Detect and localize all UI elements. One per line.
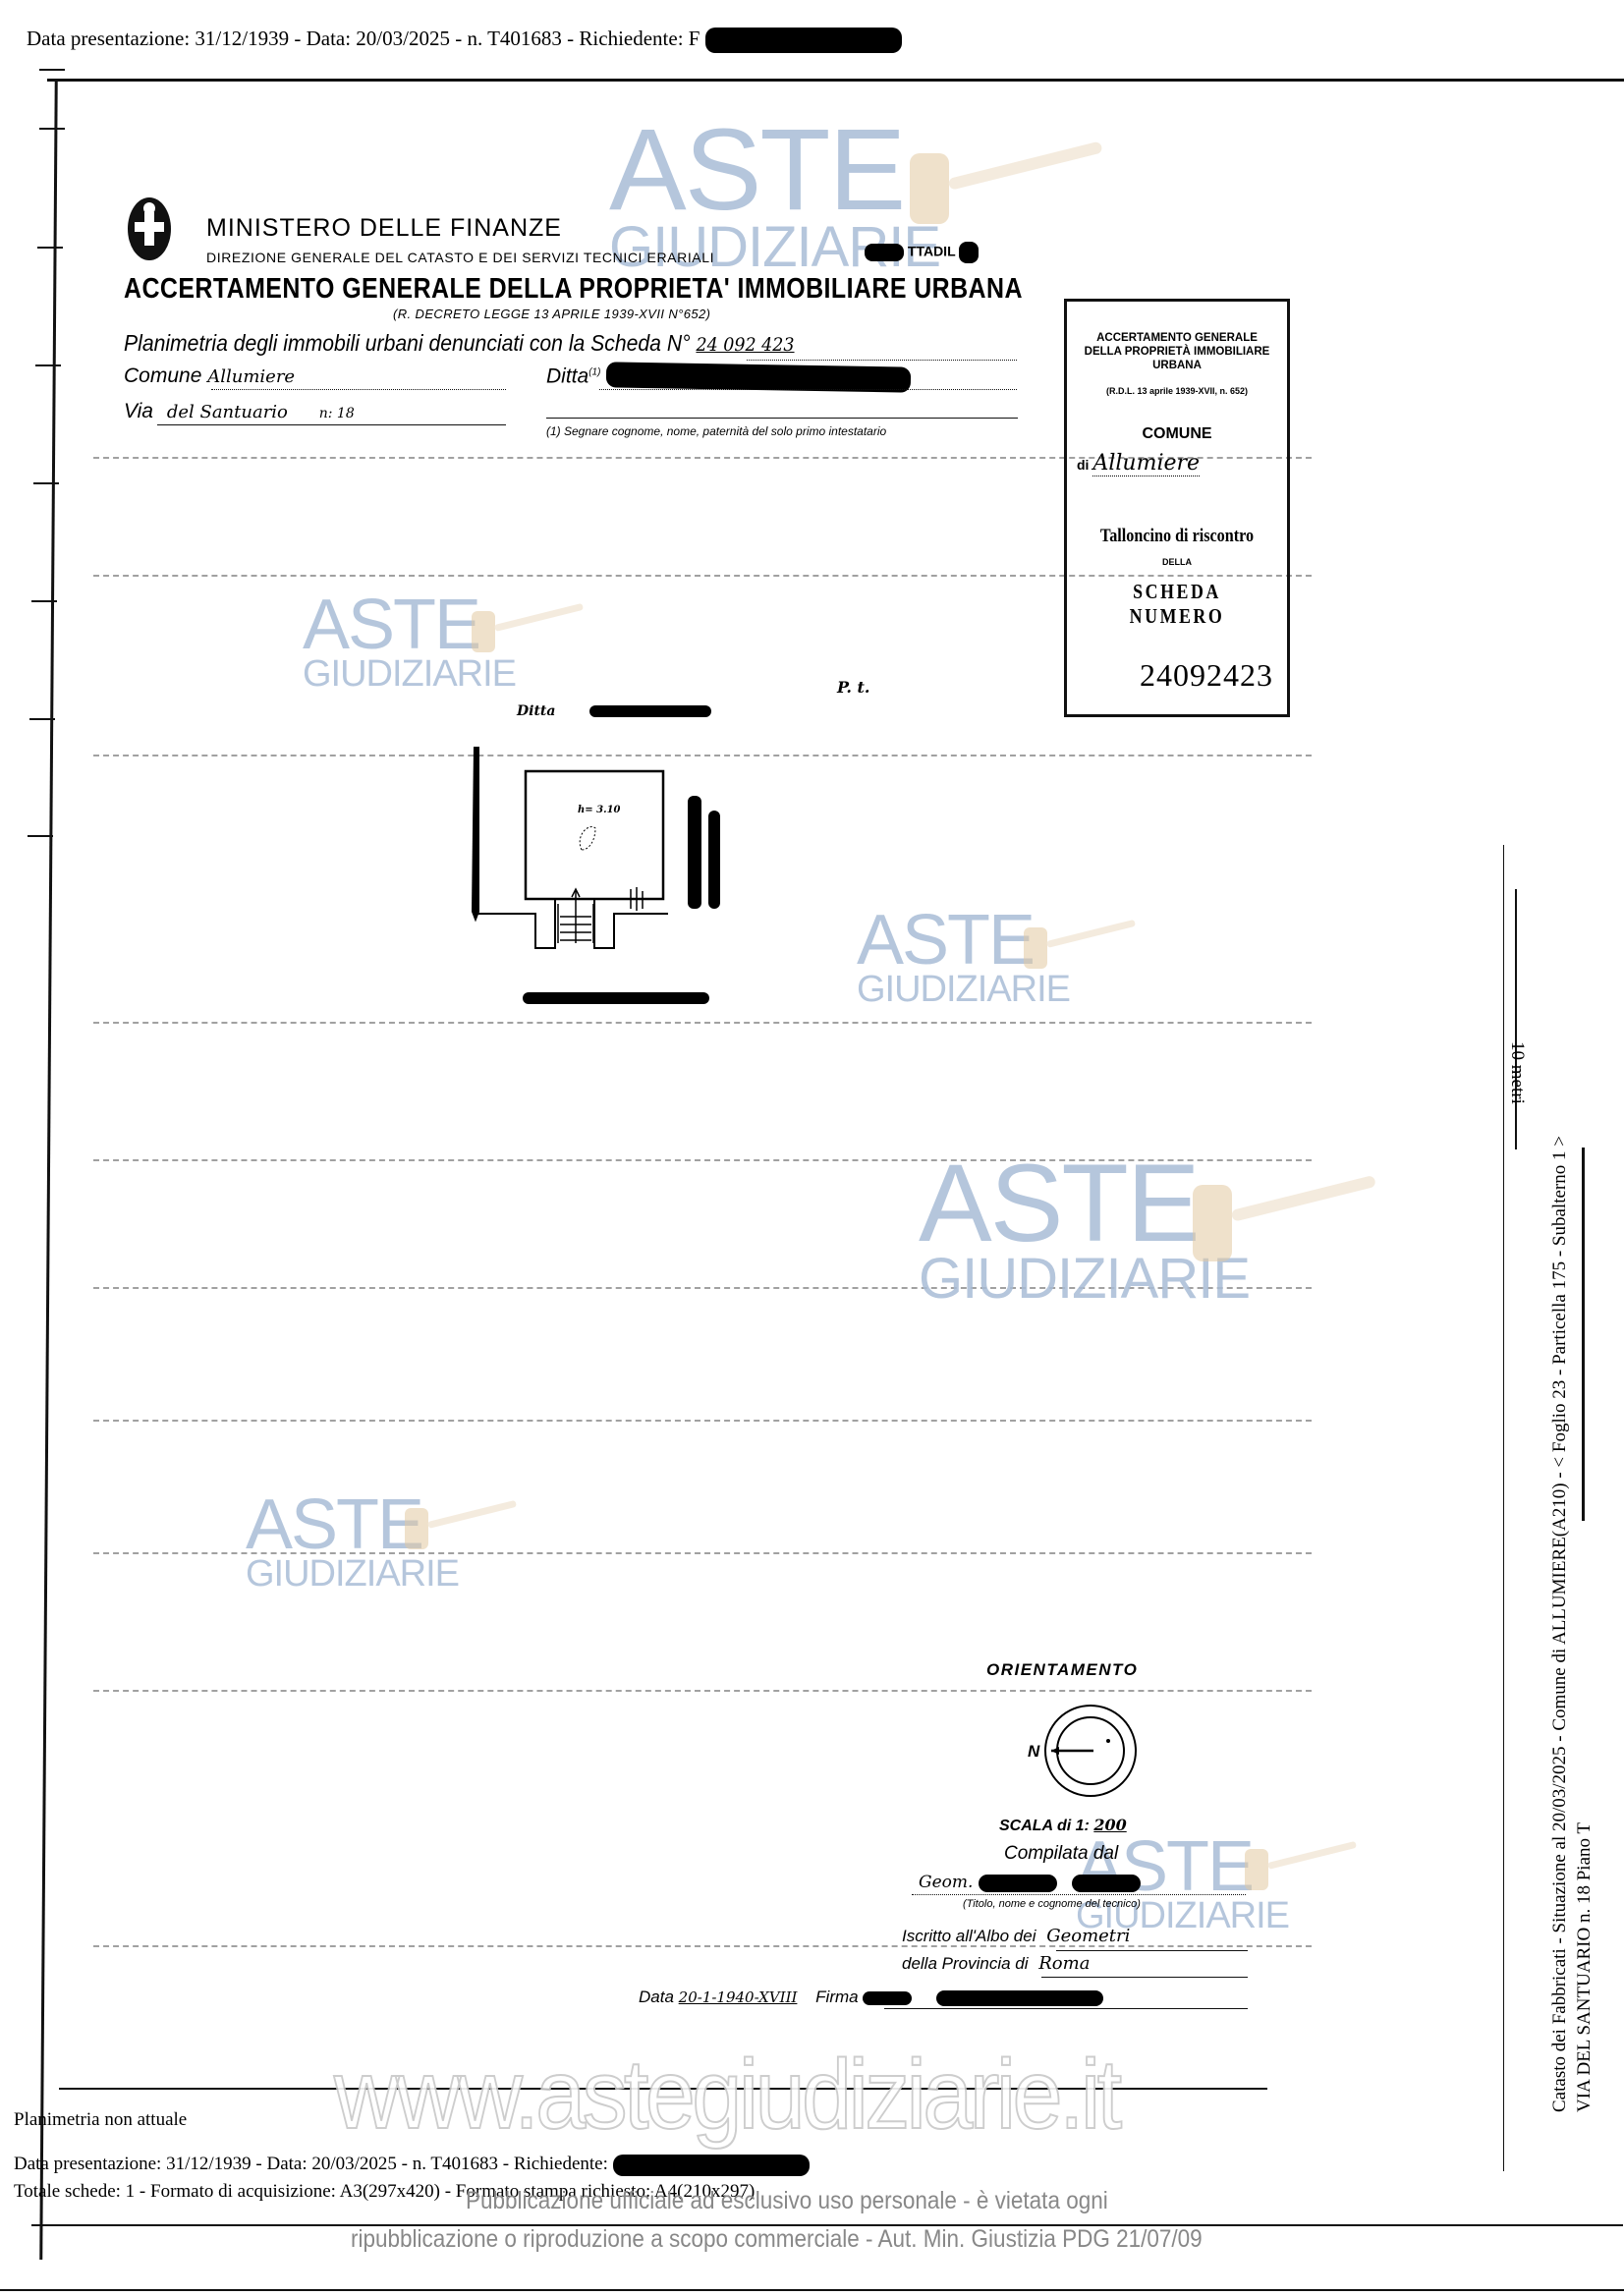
redaction: [589, 705, 711, 717]
albo-value: Geometri: [1046, 1926, 1130, 1946]
redaction: [863, 1991, 912, 2005]
side-cadastral-info: Catasto dei Fabbricati - Situazione al 2…: [1547, 1136, 1596, 2112]
frame-right: [1503, 845, 1504, 2171]
ministry-name: MINISTERO DELLE FINANZE: [206, 214, 562, 243]
room-height: h= 3.10: [578, 805, 621, 815]
date-signature: Data 20-1-1940-XVIII Firma: [639, 1988, 1103, 2007]
tick: [35, 364, 61, 366]
plan-ditta: Ditta: [517, 703, 711, 719]
via-value: del Santuario: [167, 402, 288, 422]
compiled-by: Compilata dal: [1004, 1843, 1118, 1865]
footnote: (1) Segnare cognome, nome, paternità del…: [546, 424, 886, 438]
stamp-fragment: TTADIL: [865, 242, 979, 263]
footer-info: Data presentazione: 31/12/1939 - Data: 2…: [14, 2154, 608, 2174]
watermark-notice-1: Pubblicazione ufficiale ad esclusivo uso…: [466, 2187, 1108, 2215]
header-line: Data presentazione: 31/12/1939 - Data: 2…: [27, 27, 902, 53]
watermark-notice-2: ripubblicazione o riproduzione a scopo c…: [351, 2225, 1203, 2254]
provincia-field: della Provincia di Roma: [902, 1953, 1090, 1974]
ink-blot: [959, 242, 979, 263]
watermark-brand: ASTE: [609, 118, 940, 222]
tech-caption: (Titolo, nome e cognome del tecnico): [963, 1898, 1141, 1910]
decree-reference: (R. DECRETO LEGGE 13 APRILE 1939-XVII N°…: [393, 307, 710, 321]
gavel-icon: [1187, 1169, 1383, 1277]
redaction: [705, 28, 902, 53]
gavel-icon: [470, 601, 588, 660]
status-note: Planimetria non attuale: [14, 2109, 187, 2131]
civic-number: n: 18: [319, 406, 355, 421]
gavel-icon: [403, 1498, 521, 1557]
frame-top: [47, 79, 1624, 82]
stamp-comune: di Allumiere: [1067, 451, 1287, 476]
floor-plan: h= 3.10: [462, 742, 756, 1027]
plan-ditta-label: Ditta: [517, 703, 555, 719]
tick: [33, 482, 59, 484]
stamp-comune-label: COMUNE: [1067, 425, 1287, 443]
stamp-della: DELLA: [1067, 557, 1287, 567]
stamp-comune-value: Allumiere: [1092, 451, 1200, 476]
ditta-field: Ditta(1): [546, 364, 911, 390]
compass-icon: N: [1002, 1702, 1140, 1800]
guide-line: [93, 1690, 1312, 1692]
watermark-brand: GIUDIZIARIE: [857, 973, 1070, 1006]
watermark-brand: GIUDIZIARIE: [303, 657, 516, 691]
floor-label: P. t.: [837, 678, 869, 697]
underline: [599, 389, 1017, 390]
edge-line: [1582, 1148, 1585, 1521]
comune-label: Comune: [124, 364, 201, 387]
footer-line-1: Data presentazione: 31/12/1939 - Data: 2…: [14, 2154, 810, 2176]
tick: [31, 600, 57, 602]
side-line-1: Catasto dei Fabbricati - Situazione al 2…: [1547, 1136, 1572, 2112]
provincia-value: Roma: [1038, 1953, 1090, 1974]
header-text: Data presentazione: 31/12/1939 - Data: 2…: [27, 27, 700, 50]
stamp-scheda-numero: SCHEDA NUMERO: [1084, 580, 1270, 629]
redaction: [613, 2155, 810, 2176]
provincia-label: della Provincia di: [902, 1954, 1029, 1973]
frame-left: [39, 81, 57, 2260]
redaction: [936, 1990, 1103, 2006]
redaction: [606, 362, 911, 392]
tick: [29, 718, 55, 720]
scale: SCALA di 1: 200: [999, 1816, 1127, 1835]
stamp-decree: (R.D.L. 13 aprile 1939-XVII, n. 652): [1067, 386, 1287, 396]
via-label: Via: [124, 400, 153, 422]
tick: [39, 69, 65, 71]
tick: [37, 247, 63, 249]
tech-title: Geom.: [919, 1873, 973, 1892]
comune-value: Allumiere: [207, 366, 295, 387]
stamp-di-label: di: [1077, 457, 1089, 473]
redaction: [979, 1875, 1057, 1892]
planimetria-label: Planimetria degli immobili urbani denunc…: [124, 330, 691, 356]
date-label: Data: [639, 1988, 674, 2006]
underline: [884, 2008, 1248, 2009]
scale-value: 200: [1093, 1816, 1126, 1834]
tick: [39, 128, 65, 130]
signature-label: Firma: [815, 1988, 858, 2006]
ditta-label: Ditta: [546, 365, 588, 388]
ink-blot: [865, 244, 904, 261]
page-bottom: [0, 2289, 1624, 2291]
scheda-number: 24 092 423: [696, 334, 794, 356]
scale-label: SCALA di 1:: [999, 1818, 1090, 1834]
talloncino-stamp: ACCERTAMENTO GENERALE DELLA PROPRIETÀ IM…: [1064, 299, 1290, 717]
stamp-talloncino: Talloncino di riscontro: [1084, 526, 1270, 547]
stamp-number: 24092423: [1067, 657, 1287, 694]
underline: [546, 418, 1018, 419]
underline: [747, 360, 1017, 361]
underline: [211, 389, 506, 390]
albo-field: Iscritto all'Albo dei Geometri: [902, 1926, 1130, 1946]
stamp-title: ACCERTAMENTO GENERALE DELLA PROPRIETÀ IM…: [1067, 331, 1287, 372]
watermark-url: www.astegiudiziarie.it: [334, 2039, 1119, 2152]
orientation-title: ORIENTAMENTO: [986, 1660, 1138, 1680]
redaction: [1072, 1875, 1141, 1892]
planimetria-line: Planimetria degli immobili urbani denunc…: [124, 330, 795, 357]
watermark-brand: GIUDIZIARIE: [246, 1557, 459, 1591]
tick: [28, 835, 53, 837]
comune-field: Comune Allumiere: [124, 364, 295, 388]
underline: [1056, 1950, 1248, 1951]
coat-of-arms-icon: [125, 195, 174, 263]
stamp-fragment-text: TTADIL: [908, 244, 955, 259]
gavel-icon: [1243, 1839, 1361, 1898]
gavel-icon: [904, 138, 1110, 246]
scale-bar-label: 10 metri: [1506, 1041, 1528, 1104]
ministry-direction: DIREZIONE GENERALE DEL CATASTO E DEI SER…: [206, 250, 714, 265]
underline: [912, 1894, 1246, 1895]
technician: Geom.: [919, 1873, 1141, 1892]
gavel-icon: [1022, 918, 1140, 977]
north-label: N: [1028, 1742, 1040, 1761]
guide-line: [93, 1420, 1312, 1422]
albo-label: Iscritto all'Albo dei: [902, 1927, 1036, 1945]
underline: [1041, 1977, 1248, 1978]
via-field: Via del Santuario n: 18: [124, 400, 355, 423]
underline: [157, 424, 506, 425]
scale-bar: [1515, 889, 1517, 1149]
date-value: 20-1-1940-XVIII: [679, 1988, 798, 2006]
document-title: ACCERTAMENTO GENERALE DELLA PROPRIETA' I…: [124, 273, 1023, 306]
